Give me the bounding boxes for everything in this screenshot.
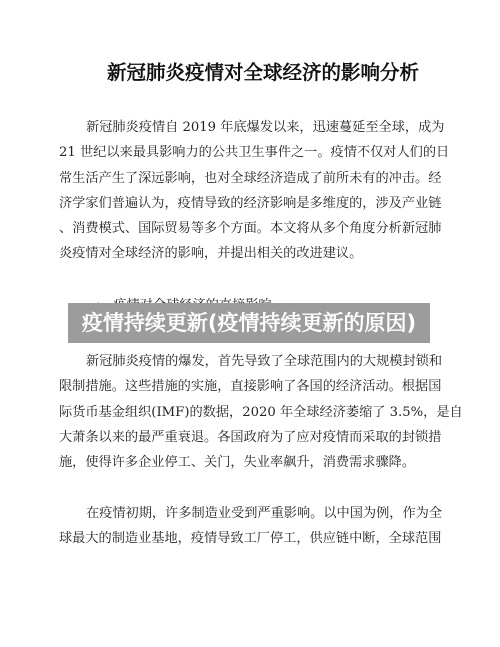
text-line: 际货币基金组织(IMF)的数据，2020 年全球经济萎缩了 3.5%，是自 [59,400,439,425]
document-page: 新冠肺炎疫情对全球经济的影响分析 新冠肺炎疫情自 2019 年底爆发以来，迅速蔓… [0,0,500,647]
text-line: 球最大的制造业基地，疫情导致工厂停工，供应链中断，全球范围 [59,526,439,551]
document-title: 新冠肺炎疫情对全球经济的影响分析 [0,60,500,86]
intro-paragraph: 新冠肺炎疫情自 2019 年底爆发以来，迅速蔓延至全球，成为 21 世纪以来最具… [59,115,439,267]
section-1-paragraph-2: 在疫情初期，许多制造业受到严重影响。以中国为例，作为全 球最大的制造业基地，疫情… [59,501,439,552]
text-line: 在疫情初期，许多制造业受到严重影响。以中国为例，作为全 [59,501,439,526]
text-line: 新冠肺炎疫情自 2019 年底爆发以来，迅速蔓延至全球，成为 [59,115,439,140]
text-line: 炎疫情对全球经济的影响，并提出相关的改进建议。 [59,241,439,266]
text-line: 常生活产生了深远影响，也对全球经济造成了前所未有的冲击。经 [59,166,439,191]
text-line: 大萧条以来的最严重衰退。各国政府为了应对疫情而采取的封锁措 [59,425,439,450]
text-line: 、消费模式、国际贸易等多个方面。本文将从多个角度分析新冠肺 [59,216,439,241]
caption-overlay-band: 疫情持续更新(疫情持续更新的原因) [68,303,430,343]
text-line: 济学家们普遍认为，疫情导致的经济影响是多维度的，涉及产业链 [59,191,439,216]
text-line: 新冠肺炎疫情的爆发，首先导致了全球范围内的大规模封锁和 [59,349,439,374]
text-line: 限制措施。这些措施的实施，直接影响了各国的经济活动。根据国 [59,374,439,399]
text-line: 21 世纪以来最具影响力的公共卫生事件之一。疫情不仅对人们的日 [59,140,439,165]
text-line: 施，使得许多企业停工、关门，失业率飙升，消费需求骤降。 [59,450,439,475]
section-1-paragraph-1: 新冠肺炎疫情的爆发，首先导致了全球范围内的大规模封锁和 限制措施。这些措施的实施… [59,349,439,475]
caption-overlay-text: 疫情持续更新(疫情持续更新的原因) [82,303,416,343]
